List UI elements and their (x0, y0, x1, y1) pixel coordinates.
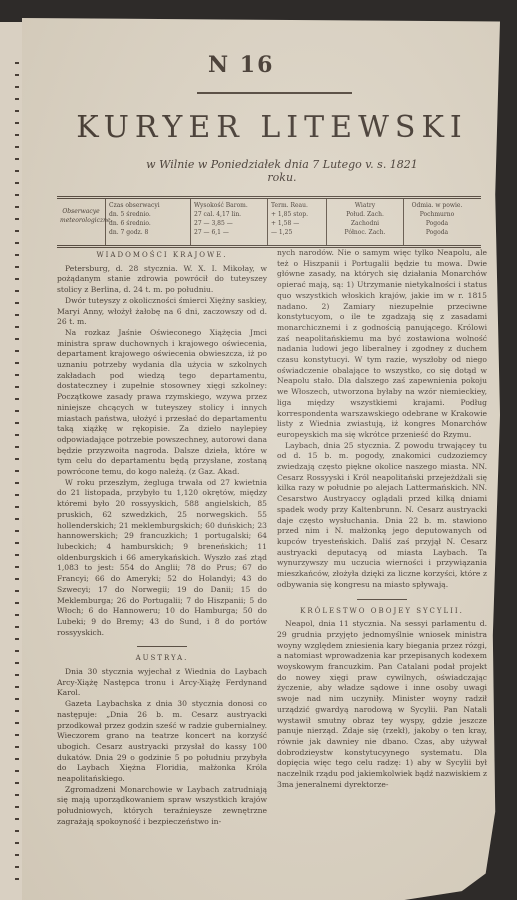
meteo-cell: 27 cal. 4,17 lin. (194, 210, 264, 219)
meteo-cell: Pochmurno (407, 210, 467, 219)
meteo-cell: Północ. Zach. (330, 228, 400, 237)
meteo-cell: + 1,58 — (271, 219, 323, 228)
article-paragraph: Na rozkaz Jaśnie Oświeconego Xiążęcia Jm… (57, 328, 267, 478)
article-paragraph: Gazeta Laybachska z dnia 30 stycznia don… (57, 699, 267, 785)
meteo-cell: — 1,25 (271, 228, 323, 237)
meteo-table: Obserwacye meteorologiczne. Czas obserwa… (57, 196, 481, 248)
article-paragraph: Laybach, dnia 25 stycznia. Z powodu trwa… (277, 441, 487, 591)
meteo-cell: Pogoda (407, 219, 467, 228)
meteo-cell: dn. 7 godz. 8 (109, 228, 187, 237)
article-paragraph: Dnia 30 stycznia wyjechał z Wiednia do L… (57, 667, 267, 699)
article-paragraph: Neapol, dnia 11 stycznia. Na sessyi parl… (277, 619, 487, 790)
section-heading-sicily: KRÓLESTWO OBOJEY SYCYLII. (277, 606, 487, 617)
meteo-cell: Pogoda (407, 228, 467, 237)
meteo-label: Obserwacye meteorologiczne. (57, 199, 106, 245)
dateline: w Wilnie w Poniedziałek dnia 7 Lutego v.… (132, 158, 432, 184)
meteo-cell: dn. 6 średnio. (109, 219, 187, 228)
masthead-rule (197, 92, 352, 94)
section-heading-domestic: WIADOMOŚCI KRAJOWE. (57, 250, 267, 261)
article-paragraph: nych narodów. Nie o samym więc tylko Nea… (277, 248, 487, 441)
article-paragraph: Zgromadzeni Monarchowie w Laybach zatrud… (57, 785, 267, 828)
meteo-header-thermometer: Term. Reau. (271, 201, 323, 210)
issue-number: N 16 (208, 52, 274, 78)
meteo-cell: Połud. Zach. (330, 210, 400, 219)
article-columns: WIADOMOŚCI KRAJOWE. Petersburg, d. 28 st… (57, 248, 487, 828)
section-separator (137, 646, 187, 647)
meteo-cell: 27 — 6,1 — (194, 228, 264, 237)
meteo-cell: Zachodni (330, 219, 400, 228)
meteo-header-barometer: Wysokość Barom. (194, 201, 264, 210)
newspaper-title: KURYER LITEWSKI (62, 110, 482, 145)
meteo-header-wind: Wiatry (330, 201, 400, 210)
section-separator (357, 599, 407, 600)
adjacent-page-edge (0, 22, 23, 900)
meteo-cell: 27 — 3,85 — (194, 219, 264, 228)
meteo-cell: + 1,85 stop. (271, 210, 323, 219)
right-column: nych narodów. Nie o samym więc tylko Nea… (277, 248, 487, 828)
left-column: WIADOMOŚCI KRAJOWE. Petersburg, d. 28 st… (57, 248, 267, 828)
meteo-header-time: Czas obserwacyi (109, 201, 187, 210)
meteo-cell: dn. 5 średnio. (109, 210, 187, 219)
article-paragraph: Petersburg, d. 28 stycznia. W. X. I. Mik… (57, 264, 267, 296)
newspaper-page: N 16 KURYER LITEWSKI w Wilnie w Poniedzi… (22, 18, 500, 900)
article-paragraph: W roku przeszłym, żegluga trwała od 27 k… (57, 478, 267, 639)
article-paragraph: Dwór tuteyszy z okoliczności śmierci Xię… (57, 296, 267, 328)
section-heading-austria: AUSTRYA. (57, 653, 267, 664)
meteo-header-weather: Odmia. w powie. (407, 201, 467, 210)
